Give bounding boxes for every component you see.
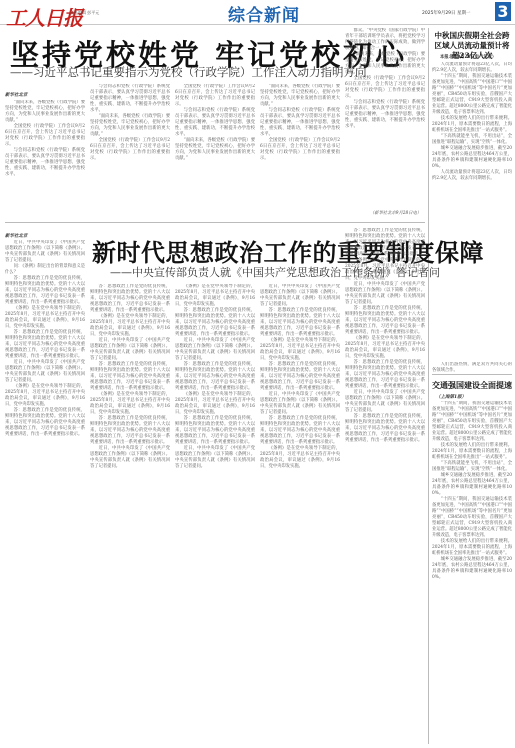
lead-column-1: “面向未来，各级党校（行政学院）要坚持党校姓党，牢记党校初心，把好办学方向，为党… [5, 100, 85, 218]
sidebar-paragraph: “十四五”期间，我国交通运输技术装备更加先进，“中国高铁”“中国港口”“中国路”… [432, 497, 512, 539]
second-paragraph: 答：思想政治工作是党的优良传统、鲜明特色和突出政治优势。党的十八大以来，以习近平… [90, 416, 170, 446]
sidebar-paragraph: “十四五”期间，我国交通运输技术装备更加先进，“中国高铁”“中国港口”“中国路”… [432, 401, 512, 443]
second-paragraph: 近日，中共中央印发了《中国共产党思想政治工作条例》（以下简称《条例》）。中央宣传… [260, 392, 340, 416]
sidebar-story1-dateline: 本报北京9月28日电（记者） [440, 54, 496, 60]
second-paragraph: 答：思想政治工作是党的优良传统、鲜明特色和突出政治优势。党的十八大以来，以习近平… [90, 284, 170, 314]
lead-column-5: 群众。“中央党校（国家行政学院）中青年干部培训班学员表示，将把党校学习所得转化为… [345, 28, 425, 208]
second-paragraph: 近日，中共中央印发了《中国共产党思想政治工作条例》（以下简称《条例》）。中央宣传… [90, 338, 170, 362]
second-byline: 新华社北京 [5, 233, 28, 239]
lead-paragraph: 全国党校（行政学院）工作会议9月26日在京召开，会上传达了习近平总书记对党校（行… [345, 76, 425, 100]
lead-paragraph: 全国党校（行政学院）工作会议9月26日在京召开，会上传达了习近平总书记对党校（行… [5, 124, 85, 148]
second-paragraph: 答：思想政治工作是党的优良传统、鲜明特色和突出政治优势。党的十八大以来，以习近平… [175, 308, 255, 338]
second-paragraph: 《条例》是在党中央领导下制定的，2025年8月，习近平总书记主持召开中央政治局会… [90, 392, 170, 416]
sidebar-story2-dateline: （上海第1版） [436, 394, 466, 400]
lead-paragraph: “面向未来，各级党校（行政学院）要坚持党校姓党，牢记党校初心，把好办学方向，为党… [345, 52, 425, 76]
page-number-badge: 3 [495, 2, 511, 21]
sidebar-paragraph: “下高铁就能坐飞机，不用出站”，全国推进“联程运输”，实现“空铁”一体化。 [432, 134, 512, 146]
second-paragraph: 答：思想政治工作是党的优良传统、鲜明特色和突出政治优势。党的十八大以来，以习近平… [5, 408, 85, 438]
lead-paragraph: 与会同志和党校（行政学院）系统党员干部表示，要认真学习贯彻习近平总书记重要指示精… [90, 84, 170, 114]
second-paragraph: 《条例》是在党中央领导下制定的，2025年8月，习近平总书记主持召开中央政治局会… [5, 306, 85, 330]
sidebar-paragraph: 人员流动量预计将超23亿人次，日均约2.9亿人次，较去年同期增长。 [432, 62, 512, 74]
lead-paragraph: 全国党校（行政学院）工作会议9月26日在京召开，会上传达了习近平总书记对党校（行… [90, 138, 170, 162]
second-paragraph: 近日，中共中央印发了《中国共产党思想政治工作条例》（以下简称《条例》）。中央宣传… [345, 390, 425, 414]
lead-paragraph: 与会同志和党校（行政学院）系统党员干部表示，要认真学习贯彻习近平总书记重要指示精… [260, 108, 340, 138]
lead-paragraph: “面向未来，各级党校（行政学院）要坚持党校姓党，牢记党校初心，把好办学方向，为党… [175, 138, 255, 162]
second-column-2: 答：思想政治工作是党的优良传统、鲜明特色和突出政治优势。党的十八大以来，以习近平… [90, 284, 170, 744]
sidebar-paragraph: 城乡交通融合发展稳步推进，截至2024年底，农村公路总里程达464万公里，具备条… [432, 473, 512, 497]
second-paragraph: 近日，中共中央印发了《中国共产党思想政治工作条例》（以下简称《条例》）。中央宣传… [175, 446, 255, 470]
lead-column-3: 全国党校（行政学院）工作会议9月26日在京召开，会上传达了习近平总书记对党校（行… [175, 84, 255, 218]
sidebar-paragraph: 城乡交通融合发展稳步推进，截至2024年底，农村公路总里程达464万公里，具备条… [432, 146, 512, 170]
sidebar-story1-closing: 人们出游热情，满足双方共同关心的各领域合作。 [432, 362, 512, 374]
lead-paragraph: “面向未来，各级党校（行政学院）要坚持党校姓党，牢记党校初心，把好办学方向，为党… [260, 84, 340, 108]
sidebar-paragraph: 技术的发展给人们的出行带来便利。2024年1月，原本需要数日的流程，上海虹桥机场… [432, 116, 512, 134]
lead-column-2: 与会同志和党校（行政学院）系统党员干部表示，要认真学习贯彻习近平总书记重要指示精… [90, 84, 170, 218]
second-paragraph: 近日，中共中央印发了《中国共产党思想政治工作条例》（以下简称《条例》）。中央宣传… [260, 284, 340, 308]
second-paragraph: 《条例》是在党中央领导下制定的，2025年8月，习近平总书记主持召开中央政治局会… [175, 392, 255, 416]
lead-paragraph: 与会同志和党校（行政学院）系统党员干部表示，要认真学习贯彻习近平总书记重要指示精… [345, 100, 425, 130]
second-paragraph: 答：思想政治工作是党的优良传统、鲜明特色和突出政治优势。党的十八大以来，以习近平… [175, 362, 255, 392]
divider [428, 28, 429, 744]
second-paragraph: 《条例》是在党中央领导下制定的，2025年8月，习近平总书记主持召开中央政治局会… [5, 384, 85, 408]
sidebar-paragraph: 技术的发展给人们的出行带来便利。2024年1月，原本需要数日的流程，上海虹桥机场… [432, 443, 512, 461]
second-paragraph: 近日，中共中央印发了《中国共产党思想政治工作条例》（以下简称《条例》）。中央宣传… [345, 282, 425, 306]
sidebar-paragraph: 技术的发展给人们的出行带来便利。2024年1月，原本需要数日的流程，上海虹桥机场… [432, 539, 512, 557]
masthead: 工人日报 责任编辑 彭平元 综合新闻 2025年9月29日 星期一 3 [0, 0, 515, 25]
second-column-3: 《条例》是在党中央领导下制定的，2025年8月，习近平总书记主持召开中央政治局会… [175, 284, 255, 744]
second-paragraph: 《条例》是在党中央领导下制定的，2025年8月，习近平总书记主持召开中央政治局会… [90, 314, 170, 338]
sidebar-paragraph: 人员流动量预计将超23亿人次，日均约2.9亿人次，较去年同期增长。 [432, 170, 512, 182]
sidebar-paragraph: 人们出游热情，满足双方共同关心的各领域合作。 [432, 362, 512, 374]
newspaper-logo: 工人日报 [6, 2, 82, 31]
second-paragraph: 答：思想政治工作是党的优良传统、鲜明特色和突出政治优势。党的十八大以来，以习近平… [345, 414, 425, 444]
second-paragraph: 近日，中共中央印发了《中国共产党思想政治工作条例》（以下简称《条例》）。中央宣传… [5, 240, 85, 264]
second-paragraph: 问：《条例》制定出台的背景和意义是什么？ [5, 264, 85, 276]
second-column-1: 近日，中共中央印发了《中国共产党思想政治工作条例》（以下简称《条例》）。中央宣传… [5, 240, 85, 744]
sidebar-story1-body: 人员流动量预计将超23亿人次，日均约2.9亿人次，较去年同期增长。 “十四五”期… [432, 62, 512, 362]
sidebar-paragraph: 城乡交通融合发展稳步推进，截至2024年底，农村公路总里程达464万公里，具备条… [432, 557, 512, 581]
sidebar-paragraph: “下高铁就能坐飞机，不用出站”，全国推进“联程运输”，实现“空铁”一体化。 [432, 461, 512, 473]
second-paragraph: 答：思想政治工作是党的优良传统、鲜明特色和突出政治优势。党的十八大以来，以习近平… [5, 330, 85, 360]
second-paragraph: 《条例》是在党中央领导下制定的，2025年8月，习近平总书记主持召开中央政治局会… [260, 446, 340, 470]
second-paragraph: 答：思想政治工作是党的优良传统、鲜明特色和突出政治优势。党的十八大以来，以习近平… [345, 306, 425, 336]
editor-credit: 责任编辑 彭平元 [70, 10, 99, 16]
lead-signoff: （新华社北京9月28日电） [370, 210, 421, 216]
second-paragraph: 答：思想政治工作是党的优良传统、鲜明特色和突出政治优势。党的十八大以来，以习近平… [175, 416, 255, 446]
second-paragraph: 近日，中共中央印发了《中国共产党思想政治工作条例》（以下简称《条例》）。中央宣传… [175, 338, 255, 362]
second-paragraph: 《条例》是在党中央领导下制定的，2025年8月，习近平总书记主持召开中央政治局会… [260, 338, 340, 362]
sidebar-paragraph: “十四五”期间，我国交通运输技术装备更加先进，“中国高铁”“中国港口”“中国路”… [432, 74, 512, 116]
second-paragraph: 答：思想政治工作是党的优良传统、鲜明特色和突出政治优势。党的十八大以来，以习近平… [345, 360, 425, 390]
second-headline: 新时代思想政治工作的重要制度保障 [92, 233, 484, 268]
lead-subheadline: ——习近平总书记重要指示为党校（行政学院）工作注入动力指明方向 [10, 64, 367, 80]
second-paragraph: 答：思想政治工作是党的优良传统、鲜明特色和突出政治优势。党的十八大以来，以习近平… [260, 362, 340, 392]
divider [5, 222, 425, 223]
second-column-5: 答：思想政治工作是党的优良传统、鲜明特色和突出政治优势。党的十八大以来，以习近平… [345, 228, 425, 744]
lead-paragraph: 与会同志和党校（行政学院）系统党员干部表示，要认真学习贯彻习近平总书记重要指示精… [5, 148, 85, 178]
lead-paragraph: “面向未来，各级党校（行政学院）要坚持党校姓党，牢记党校初心，把好办学方向，为党… [5, 100, 85, 124]
lead-paragraph: 与会同志和党校（行政学院）系统党员干部表示，要认真学习贯彻习近平总书记重要指示精… [175, 108, 255, 138]
second-paragraph: 《条例》是在党中央领导下制定的，2025年8月，习近平总书记主持召开中央政治局会… [175, 284, 255, 308]
sidebar-story2-body: “十四五”期间，我国交通运输技术装备更加先进，“中国高铁”“中国港口”“中国路”… [432, 401, 512, 744]
lead-paragraph: 全国党校（行政学院）工作会议9月26日在京召开，会上传达了习近平总书记对党校（行… [260, 138, 340, 162]
second-paragraph: 答：思想政治工作是党的优良传统、鲜明特色和突出政治优势。党的十八大以来，以习近平… [345, 228, 425, 258]
second-paragraph: 《条例》是在党中央领导下制定的，2025年8月，习近平总书记主持召开中央政治局会… [345, 336, 425, 360]
divider [432, 374, 512, 375]
second-paragraph: 答：思想政治工作是党的优良传统、鲜明特色和突出政治优势。党的十八大以来，以习近平… [260, 416, 340, 446]
section-title: 综合新闻 [228, 1, 300, 26]
sidebar-story2-title: 交通强国建设全面提速 [432, 380, 512, 391]
second-paragraph: 近日，中共中央印发了《中国共产党思想政治工作条例》（以下简称《条例》）。中央宣传… [5, 360, 85, 384]
second-paragraph: 近日，中共中央印发了《中国共产党思想政治工作条例》（以下简称《条例》）。中央宣传… [90, 446, 170, 470]
second-paragraph: 答：思想政治工作是党的优良传统、鲜明特色和突出政治优势。党的十八大以来，以习近平… [5, 276, 85, 306]
second-paragraph: 答：思想政治工作是党的优良传统、鲜明特色和突出政治优势。党的十八大以来，以习近平… [260, 308, 340, 338]
lead-paragraph: 全国党校（行政学院）工作会议9月26日在京召开，会上传达了习近平总书记对党校（行… [175, 84, 255, 108]
lead-byline: 新华社北京 [5, 92, 28, 98]
second-paragraph: 答：思想政治工作是党的优良传统、鲜明特色和突出政治优势。党的十八大以来，以习近平… [90, 362, 170, 392]
issue-date: 2025年9月29日 星期一 [422, 10, 470, 16]
lead-paragraph: “面向未来，各级党校（行政学院）要坚持党校姓党，牢记党校初心，把好办学方向，为党… [90, 114, 170, 138]
second-column-4: 近日，中共中央印发了《中国共产党思想政治工作条例》（以下简称《条例》）。中央宣传… [260, 284, 340, 744]
lead-column-4: “面向未来，各级党校（行政学院）要坚持党校姓党，牢记党校初心，把好办学方向，为党… [260, 84, 340, 218]
second-paragraph: 《条例》是在党中央领导下制定的，2025年8月，习近平总书记主持召开中央政治局会… [345, 258, 425, 282]
lead-paragraph: 群众。“中央党校（国家行政学院）中青年干部培训班学员表示，将把党校学习所得转化为… [345, 28, 425, 52]
